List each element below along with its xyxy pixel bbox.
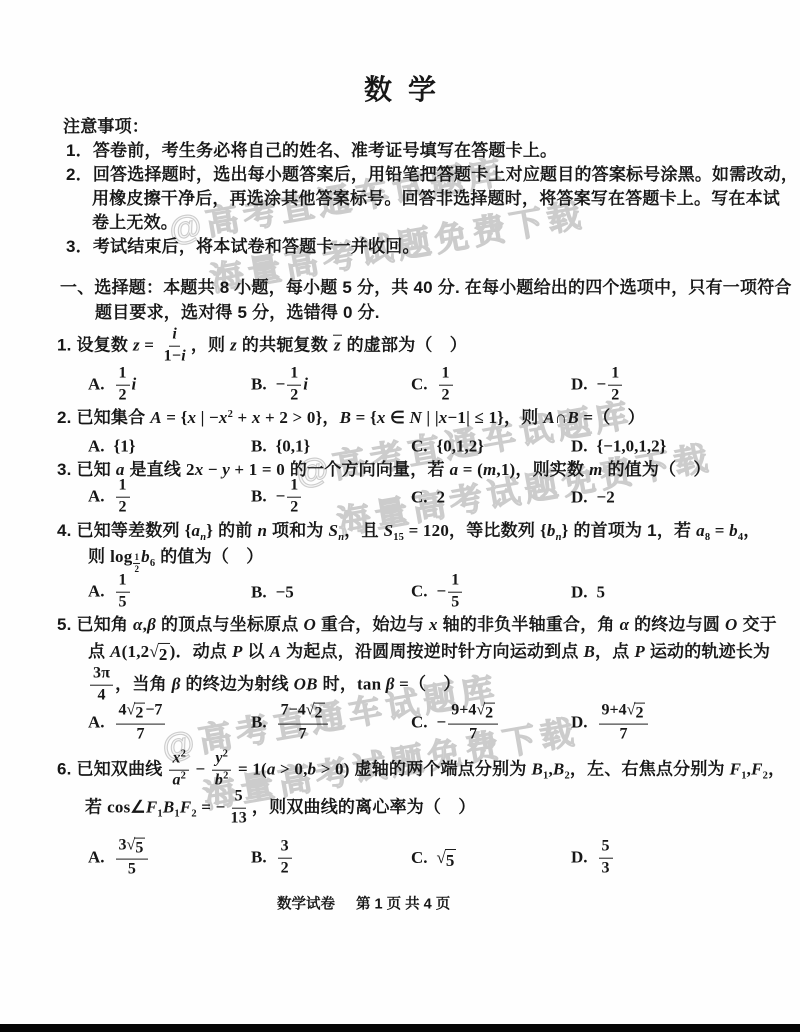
question-6-option-b: B.32 (251, 839, 294, 878)
question-3-option-c: C.2 (411, 486, 445, 507)
question-6-stem-line-2: 若 cos∠F1B1F2 = −513，则双曲线的离心率为（ ） (85, 789, 476, 828)
footer-paper-name: 数学试卷 (277, 893, 335, 914)
option-letter: D. (571, 582, 588, 601)
page-title: 数学 (0, 68, 800, 108)
option-letter: D. (571, 712, 588, 731)
option-letter: B. (251, 582, 267, 601)
option-value: 12i (114, 374, 137, 393)
question-6-option-a: A.3√55 (88, 838, 150, 879)
question-4-option-c: C.−15 (411, 573, 464, 612)
option-value: −12 (276, 486, 304, 505)
option-value: 12 (437, 374, 455, 393)
exam-paper-page: @高考直通车试题库 海量高考试题免费下载 @高考直通车试题库 海量高考试题免费下… (0, 0, 800, 1032)
option-value: 15 (114, 581, 132, 600)
option-value: 9+4√27 (597, 712, 651, 731)
option-value: −9+4√27 (437, 712, 501, 731)
option-value: 53 (597, 847, 615, 866)
section-1-heading-line-1: 一、选择题：本题共 8 小题，每小题 5 分，共 40 分. 在每小题给出的四个… (60, 277, 792, 299)
question-4-option-a: A.15 (88, 573, 132, 612)
option-value: −5 (276, 582, 294, 601)
option-letter: B. (251, 486, 267, 505)
option-value: −15 (437, 581, 465, 600)
option-letter: B. (251, 847, 267, 866)
option-letter: C. (411, 374, 428, 393)
option-letter: D. (571, 487, 588, 506)
question-5-stem-line-2: 点 A(1,2√2)．动点 P 以 A 为起点，沿圆周按逆时针方向运动到点 B，… (88, 641, 770, 663)
option-letter: C. (411, 581, 428, 600)
option-letter: D. (571, 847, 588, 866)
option-letter: B. (251, 436, 267, 455)
notice-item-2-line-1: 2．回答选择题时，选出每小题答案后，用铅笔把答题卡上对应题目的答案标号涂黑。如需… (66, 164, 798, 186)
option-value: {−1,0,1,2} (597, 436, 667, 455)
option-value: {1} (114, 436, 136, 455)
footer-page-number: 第 1 页 共 4 页 (356, 893, 450, 914)
option-value: 32 (276, 847, 294, 866)
option-value: 5 (597, 582, 606, 601)
scan-edge-bar (0, 1024, 800, 1032)
question-1-stem: 1. 设复数 z = i1−i，则 z 的共轭复数 z 的虚部为（ ） (57, 327, 467, 366)
question-5-option-a: A.4√2−77 (88, 703, 167, 744)
question-6-option-d: D.53 (571, 839, 615, 878)
question-4-stem-line-2: 则 log12b6 的值为（ ） (88, 546, 263, 574)
question-1-option-a: A.12i (88, 366, 136, 405)
question-2-option-b: B.{0,1} (251, 435, 310, 456)
question-5-option-b: B.7−4√27 (251, 703, 330, 744)
notice-item-3: 3．考试结束后，将本试卷和答题卡一并收回。 (66, 236, 420, 258)
question-3-option-a: A.12 (88, 478, 132, 517)
option-letter: D. (571, 374, 588, 393)
option-value: 3√55 (114, 847, 151, 866)
option-letter: B. (251, 712, 267, 731)
option-value: −2 (597, 487, 615, 506)
page-footer: 数学试卷 第 1 页 共 4 页 (277, 893, 450, 914)
question-4-stem-line-1: 4. 已知等差数列 {an} 的前 n 项和为 Sn，且 S15 = 120，等… (57, 520, 760, 542)
option-letter: A. (88, 847, 105, 866)
question-3-option-d: D.−2 (571, 486, 615, 507)
question-2-stem: 2. 已知集合 A = {x | −x2 + x + 2 > 0}，B = {x… (57, 407, 645, 429)
option-value: {0,1,2} (437, 436, 484, 455)
question-2-option-a: A.{1} (88, 435, 135, 456)
option-value: 12 (114, 486, 132, 505)
option-letter: D. (571, 436, 588, 455)
question-1-option-d: D.−12 (571, 366, 624, 405)
section-1-heading-line-2: 题目要求，选对得 5 分，选错得 0 分. (95, 302, 380, 324)
option-value: 4√2−77 (114, 712, 168, 731)
option-letter: A. (88, 712, 105, 731)
option-letter: C. (411, 436, 428, 455)
question-6-stem-line-1: 6. 已知双曲线 x2a2 − y2b2 = 1(a > 0,b > 0) 虚轴… (57, 751, 785, 790)
option-value: −12 (597, 374, 625, 393)
question-1-option-c: C.12 (411, 366, 455, 405)
question-5-option-d: D.9+4√27 (571, 703, 650, 744)
option-letter: B. (251, 374, 267, 393)
text-layer: 数学 注意事项： 1．答卷前，考生务必将自己的姓名、准考证号填写在答题卡上。 2… (0, 0, 800, 1032)
question-3-stem: 3. 已知 a 是直线 2x − y + 1 = 0 的一个方向向量，若 a =… (57, 459, 711, 481)
option-value: 7−4√27 (276, 712, 330, 731)
option-value: {0,1} (276, 436, 311, 455)
question-5-option-c: C.−9+4√27 (411, 703, 500, 744)
question-3-option-b: B.−12 (251, 478, 303, 517)
question-1-option-b: B.−12i (251, 366, 308, 405)
option-letter: C. (411, 848, 428, 867)
option-letter: A. (88, 436, 105, 455)
option-value: 2 (437, 487, 446, 506)
option-letter: C. (411, 487, 428, 506)
notice-item-2-line-2: 用橡皮擦干净后，再选涂其他答案标号。回答非选择题时，将答案写在答题卡上。写在本试 (92, 188, 780, 210)
option-letter: A. (88, 374, 105, 393)
question-5-stem-line-3: 3π4，当角 β 的终边为射线 OB 时，tan β =（ ） (88, 666, 461, 705)
question-5-stem-line-1: 5. 已知角 α,β 的顶点与坐标原点 O 重合，始边与 x 轴的非负半轴重合，… (57, 614, 777, 636)
option-letter: C. (411, 712, 428, 731)
question-6-option-c: C.√5 (411, 847, 456, 869)
option-value: −12i (276, 374, 308, 393)
notice-heading: 注意事项： (63, 116, 149, 138)
option-value: √5 (437, 848, 457, 867)
question-4-option-b: B.−5 (251, 581, 294, 602)
question-2-option-c: C.{0,1,2} (411, 435, 484, 456)
option-letter: A. (88, 581, 105, 600)
notice-item-2-line-3: 卷上无效。 (92, 212, 178, 234)
question-2-option-d: D.{−1,0,1,2} (571, 435, 666, 456)
question-4-option-d: D.5 (571, 581, 605, 602)
option-letter: A. (88, 486, 105, 505)
notice-item-1: 1．答卷前，考生务必将自己的姓名、准考证号填写在答题卡上。 (66, 140, 557, 162)
